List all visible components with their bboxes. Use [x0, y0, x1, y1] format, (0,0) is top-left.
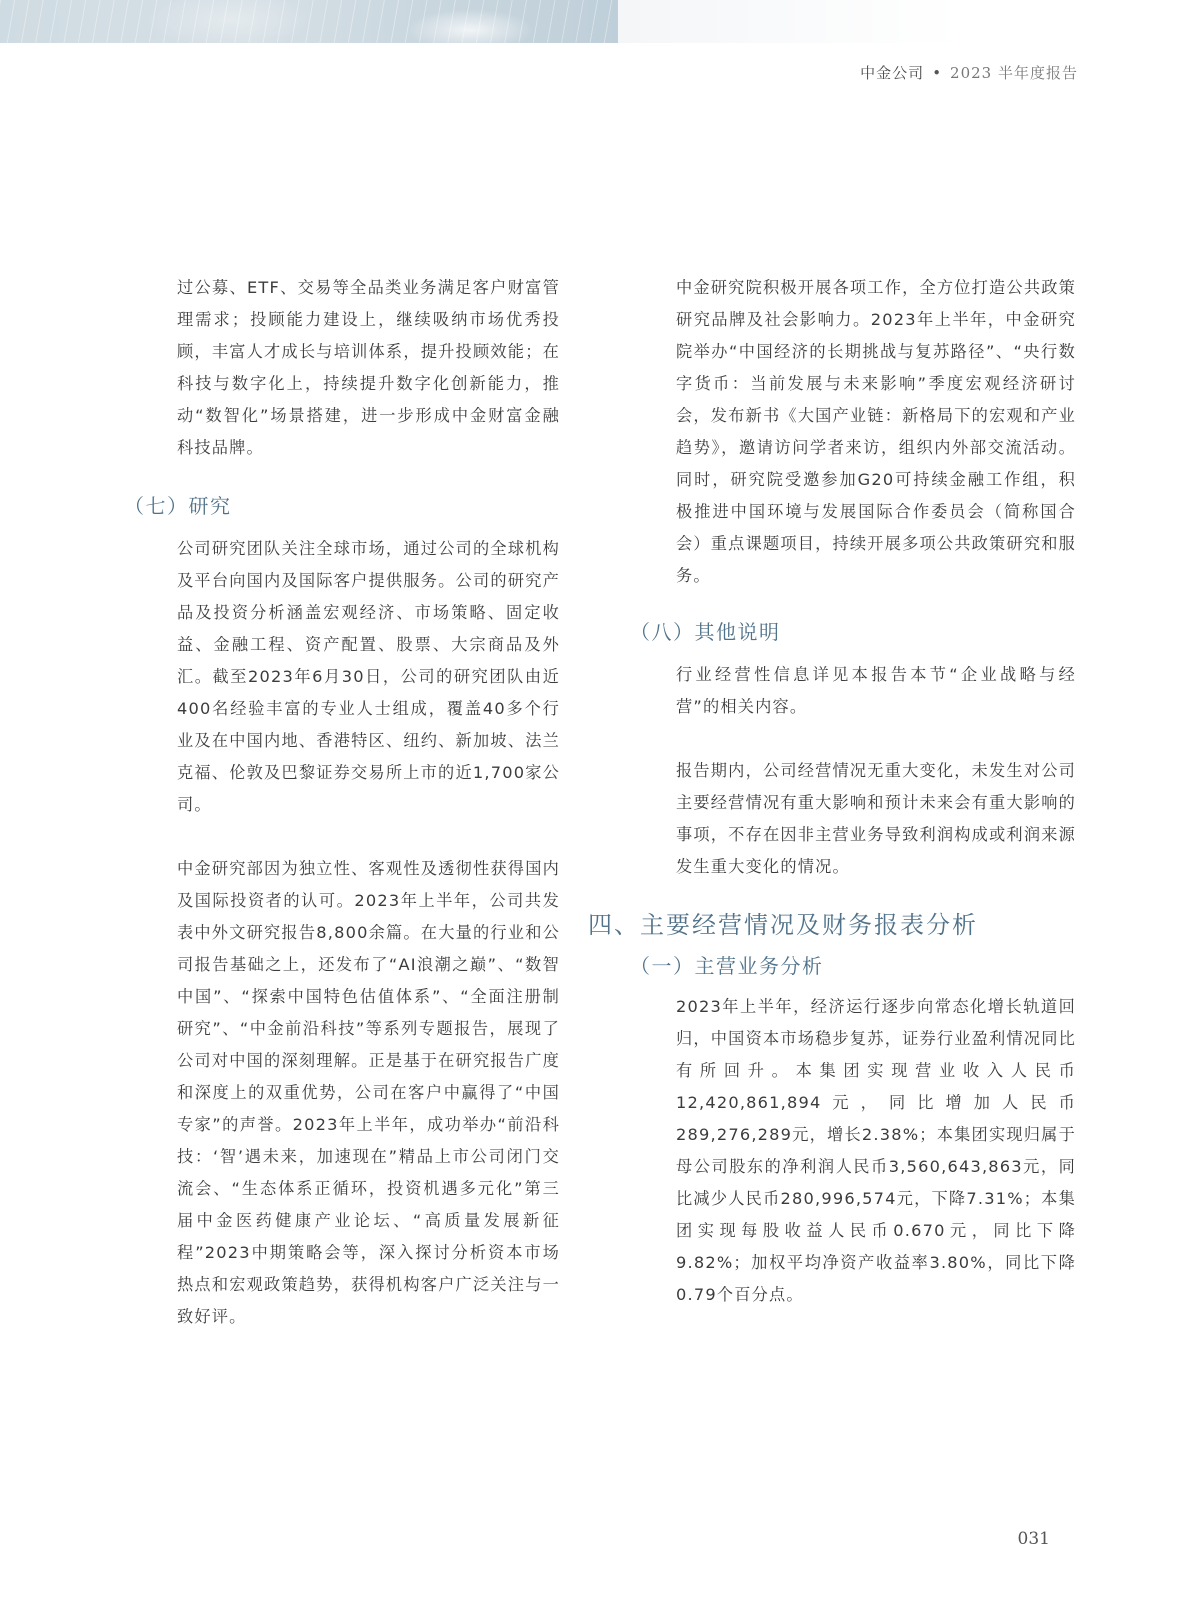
header-company: 中金公司 [860, 64, 924, 82]
no-material-change-paragraph: 报告期内，公司经营情况无重大变化，未发生对公司主要经营情况有重大影响和预计未来会… [676, 755, 1076, 883]
section-heading-main-business: （一）主营业务分析 [630, 950, 1078, 979]
chapter-heading-financial-analysis: 四、主要经营情况及财务报表分析 [588, 905, 1078, 940]
wealth-management-paragraph: 过公募、ETF、交易等全品类业务满足客户财富管理需求；投顾能力建设上，继续吸纳市… [177, 272, 560, 464]
page-number: 031 [1018, 1529, 1050, 1549]
header-report-title: 2023 半年度报告 [950, 64, 1078, 82]
main-business-paragraph: 2023年上半年，经济运行逐步向常态化增长轨道回归，中国资本市场稳步复苏，证券行… [676, 991, 1076, 1311]
section-heading-research: （七）研究 [124, 490, 560, 519]
header-banner-image [0, 0, 618, 43]
research-team-paragraph: 公司研究团队关注全球市场，通过公司的全球机构及平台向国内及国际客户提供服务。公司… [177, 533, 560, 821]
industry-info-paragraph: 行业经营性信息详见本报告本节“企业战略与经营”的相关内容。 [676, 659, 1076, 723]
left-column: 过公募、ETF、交易等全品类业务满足客户财富管理需求；投顾能力建设上，继续吸纳市… [130, 272, 560, 1333]
right-column: 中金研究院积极开展各项工作，全方位打造公共政策研究品牌及社会影响力。2023年上… [608, 272, 1078, 1311]
header-banner-fade [618, 0, 1190, 43]
header-separator: • [932, 64, 942, 82]
research-institute-paragraph: 中金研究院积极开展各项工作，全方位打造公共政策研究品牌及社会影响力。2023年上… [676, 272, 1076, 592]
research-department-paragraph: 中金研究部因为独立性、客观性及透彻性获得国内及国际投资者的认可。2023年上半年… [177, 853, 560, 1333]
section-heading-other-notes: （八）其他说明 [630, 616, 1078, 645]
running-header: 中金公司•2023 半年度报告 [860, 62, 1078, 83]
